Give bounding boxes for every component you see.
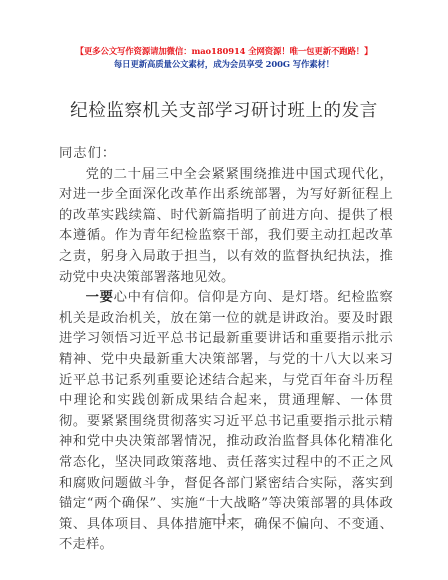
- document-body: 同志们： 党的二十届三中全会紧紧围绕推进中国式现代化，对进一步全面深化改革作出系…: [59, 144, 393, 556]
- promo-banner-line-2: 每日更新高质量公文素材，成为会员享受 200G 写作素材！: [0, 58, 448, 70]
- salutation: 同志们：: [59, 144, 393, 165]
- promo-banner-line-1: 【更多公文写作资源请加微信：mao180914 全网资源！唯一包更新不跑路！】: [0, 45, 448, 57]
- paragraph-text: 党的二十届三中全会紧紧围绕推进中国式现代化，对进一步全面深化改革作出系统部署，为…: [59, 167, 393, 285]
- page-number: — 1 —: [0, 512, 448, 525]
- paragraph-lead: 一要: [86, 290, 114, 305]
- paragraph-intro: 党的二十届三中全会紧紧围绕推进中国式现代化，对进一步全面深化改革作出系统部署，为…: [59, 165, 393, 289]
- document-title: 纪检监察机关支部学习研讨班上的发言: [0, 97, 448, 122]
